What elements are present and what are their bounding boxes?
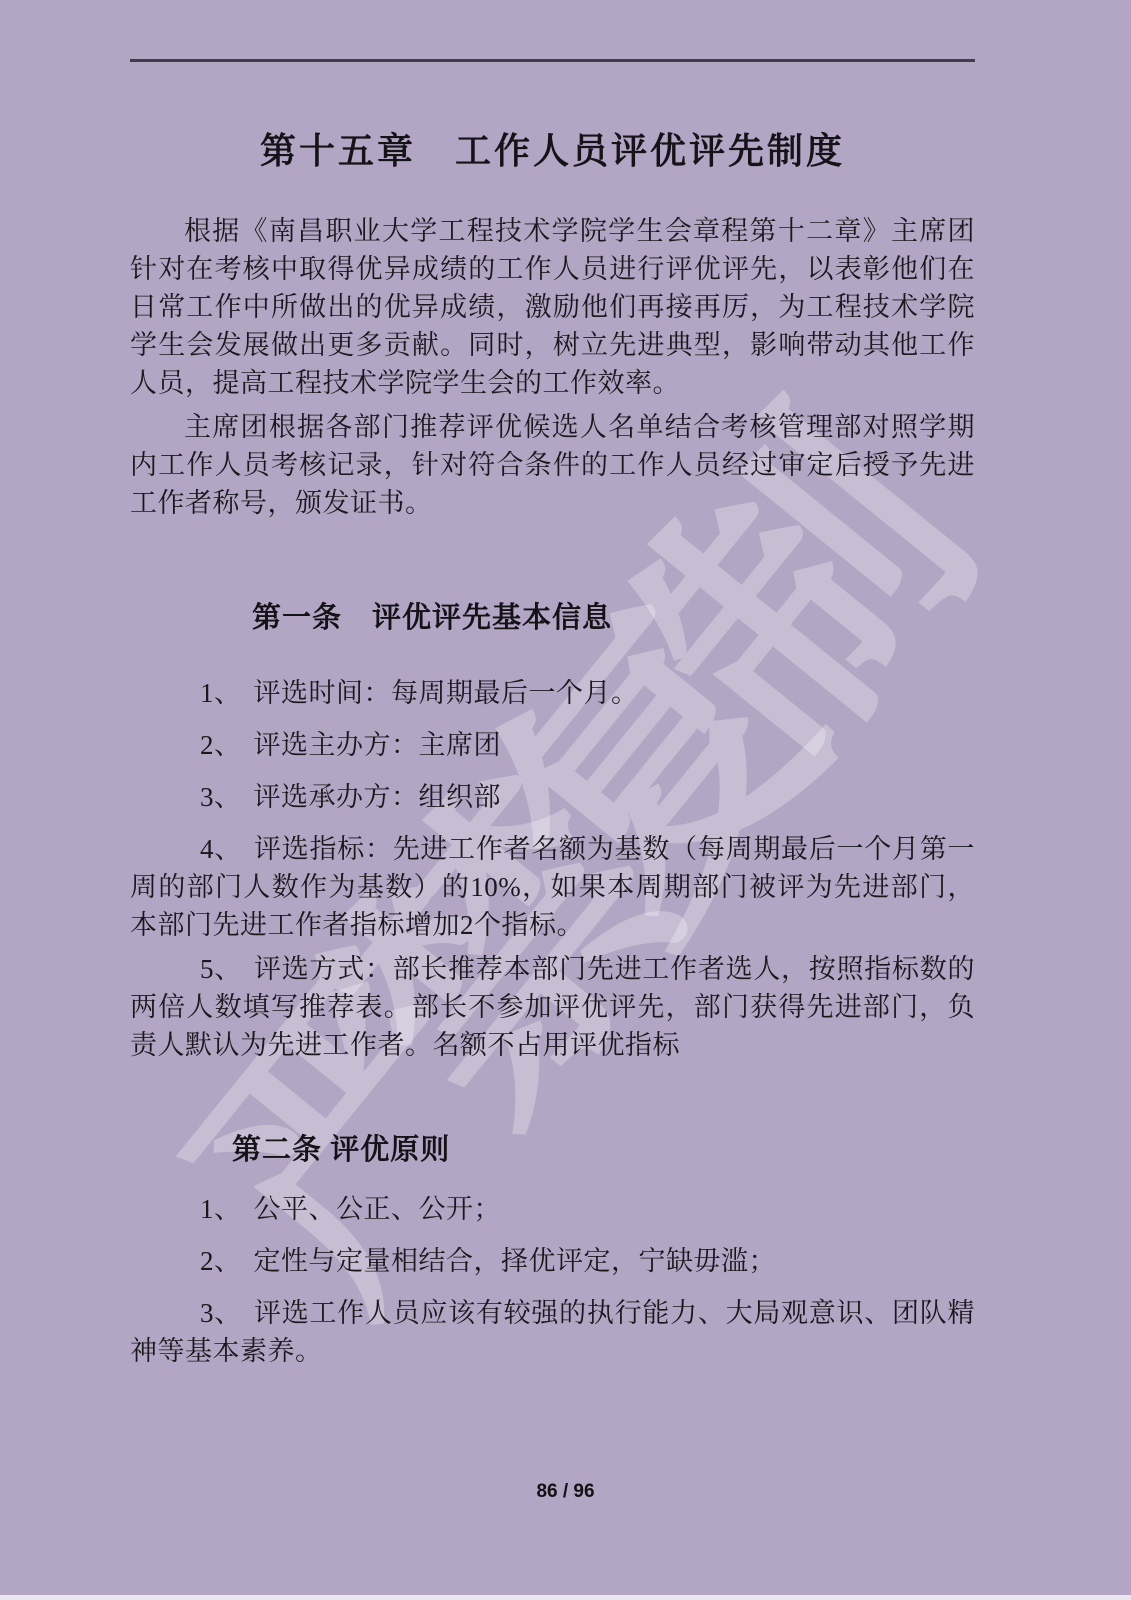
list-item-number: 3、 [200,1298,242,1328]
section-1-item-2: 2、评选主办方：主席团 [130,726,975,764]
list-item-text: 定性与定量相结合，择优评定，宁缺毋滥； [254,1246,777,1276]
document-page: 严禁复制 第十五章 工作人员评优评先制度 根据《南昌职业大学工程技术学院学生会章… [0,0,1131,1600]
section-1-item-3: 3、评选承办方：组织部 [130,778,975,816]
section-2-item-2: 2、定性与定量相结合，择优评定，宁缺毋滥； [130,1242,975,1280]
section-1-item-5: 5、评选方式：部长推荐本部门先进工作者选人，按照指标数的两倍人数填写推荐表。部长… [130,950,975,1064]
chapter-title: 第十五章 工作人员评优评先制度 [130,128,975,174]
section-2-item-3: 3、评选工作人员应该有较强的执行能力、大局观意识、团队精神等基本素养。 [130,1294,975,1370]
page-content: 第十五章 工作人员评优评先制度 根据《南昌职业大学工程技术学院学生会章程第十二章… [130,62,975,1370]
section-1-heading: 第一条 评优评先基本信息 [252,598,975,638]
list-item-text: 评选时间：每周期最后一个月。 [254,678,639,708]
list-item-number: 4、 [200,834,242,864]
list-item-number: 5、 [200,954,242,984]
list-item-number: 2、 [200,730,242,760]
page-bottom-edge [0,1595,1131,1600]
intro-paragraph-1: 根据《南昌职业大学工程技术学院学生会章程第十二章》主席团针对在考核中取得优异成绩… [130,212,975,402]
list-item-text: 评选方式：部长推荐本部门先进工作者选人，按照指标数的两倍人数填写推荐表。部长不参… [130,954,975,1060]
intro-paragraph-2: 主席团根据各部门推荐评优候选人名单结合考核管理部对照学期内工作人员考核记录，针对… [130,408,975,522]
list-item-number: 1、 [200,678,242,708]
list-item-number: 2、 [200,1246,242,1276]
list-item-text: 公平、公正、公开； [254,1194,502,1224]
page-number: 86 / 96 [0,1481,1131,1503]
section-1-item-1: 1、评选时间：每周期最后一个月。 [130,674,975,712]
section-2-item-1: 1、公平、公正、公开； [130,1190,975,1228]
list-item-number: 3、 [200,782,242,812]
list-item-text: 评选承办方：组织部 [254,782,502,812]
list-item-text: 评选主办方：主席团 [254,730,502,760]
list-item-number: 1、 [200,1194,242,1224]
list-item-text: 评选指标：先进工作者名额为基数（每周期最后一个月第一周的部门人数作为基数）的10… [130,834,975,940]
section-2-heading: 第二条 评优原则 [232,1130,975,1170]
list-item-text: 评选工作人员应该有较强的执行能力、大局观意识、团队精神等基本素养。 [130,1298,975,1366]
section-1-item-4: 4、评选指标：先进工作者名额为基数（每周期最后一个月第一周的部门人数作为基数）的… [130,830,975,944]
